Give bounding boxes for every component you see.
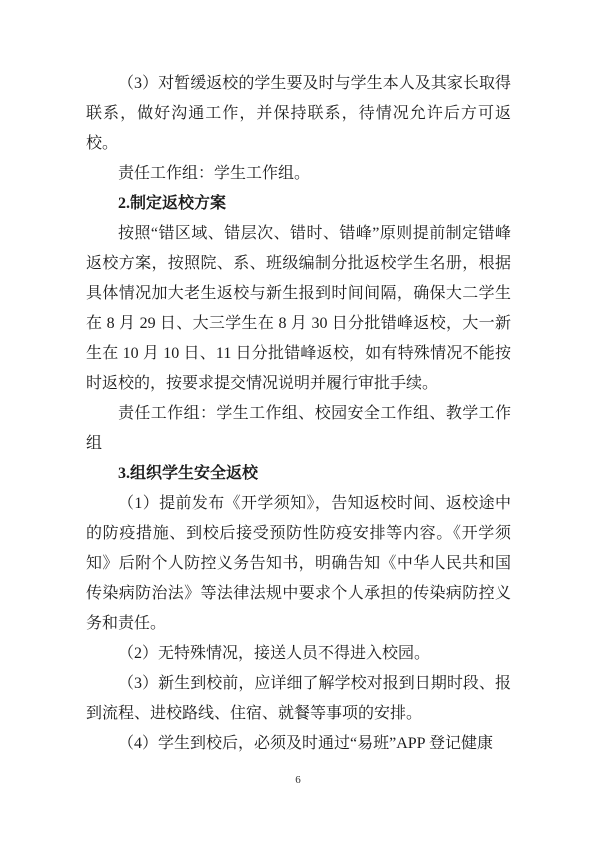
document-body: （3）对暂缓返校的学生要及时与学生本人及其家长取得联系，做好沟通工作，并保持联系… xyxy=(86,69,511,759)
page-number: 6 xyxy=(0,772,596,788)
document-page: （3）对暂缓返校的学生要及时与学生本人及其家长取得联系，做好沟通工作，并保持联系… xyxy=(0,0,596,842)
paragraph-notice-item-1: （1）提前发布《开学须知》，告知返校时间、返校途中的防疫措施、到校后接受预防性防… xyxy=(86,489,511,639)
paragraph-responsible-group-1: 责任工作组：学生工作组。 xyxy=(86,159,511,189)
paragraph-notice-item-3: （3）新生到校前，应详细了解学校对报到日期时段、报到流程、进校路线、住宿、就餐等… xyxy=(86,669,511,729)
paragraph-responsible-group-2: 责任工作组：学生工作组、校园安全工作组、教学工作组 xyxy=(86,399,511,459)
paragraph-suspended-return: （3）对暂缓返校的学生要及时与学生本人及其家长取得联系，做好沟通工作，并保持联系… xyxy=(86,69,511,159)
heading-section-3: 3.组织学生安全返校 xyxy=(86,459,511,489)
paragraph-staggered-return-plan: 按照“错区域、错层次、错时、错峰”原则提前制定错峰返校方案，按照院、系、班级编制… xyxy=(86,219,511,399)
heading-section-2: 2.制定返校方案 xyxy=(86,189,511,219)
paragraph-notice-item-2: （2）无特殊情况，接送人员不得进入校园。 xyxy=(86,639,511,669)
paragraph-notice-item-4: （4）学生到校后，必须及时通过“易班”APP 登记健康 xyxy=(86,729,511,759)
